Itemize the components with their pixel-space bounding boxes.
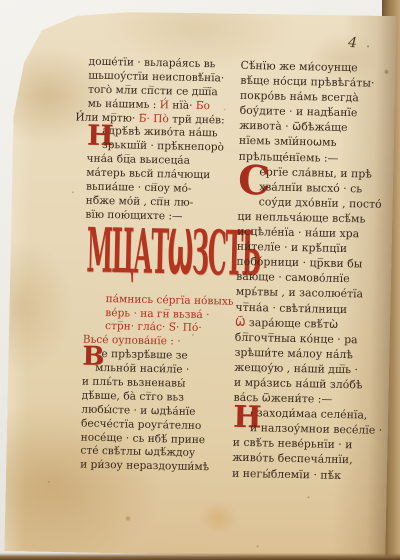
column-right: Сѣ́нїю же ми́соунщевѣ́ще но́сци прѣвѣга́… [232,59,388,485]
black-ink-text: нїа̀· [169,99,196,112]
black-ink-text: побо́рници · цр̅кви бы [236,255,362,271]
black-ink-text: трй дне́в: [172,113,225,126]
black-ink-text: зрѣши́те ма́лоу на́лѣ [234,346,353,361]
black-ink-text: чна́а бц̅а вьисеца́а [86,153,190,167]
black-ink-text: адрѣ́вѣ живо́та на́шь [102,125,218,139]
black-ink-text: соу́ди дхо́внїи , посто́ [259,195,382,211]
photo-background: { "page": { "type": "medieval manuscript… [0,0,400,560]
black-ink-text: зрькшїй · прѣ́кнепоро̀ [102,139,224,154]
black-ink-text: чт̅на́а · свѣти́лници [235,300,347,315]
red-ink-text: Ѿ [235,315,249,328]
black-ink-text: шьшоу́стїи неисповѣ́нїа· [88,69,224,84]
black-ink-text: жещоу́ю , на́шй дш̅ь · [234,361,358,377]
black-ink-text: мь на́шимь : [88,97,160,111]
black-ink-text: живота̀ · ѿбѣжа́ще [239,119,347,134]
text-line: и негы́блемїи · пѣ́к [232,466,379,484]
black-ink-text: боу́дите · и надѣ́анїе [239,104,357,119]
ink-specks [16,8,18,10]
black-ink-text: дѣ́вше, ба̀ ст̅го вьз [82,389,185,403]
black-ink-text: любы́сте · и ѡдѣа́нїе [81,403,195,417]
black-ink-text: ва́юще · самово́лнїе [236,270,350,285]
black-ink-text: хва́лнїи высхо́ · сь [259,180,362,195]
black-ink-text: ни́телїе · и крѣ́пцїи [237,240,348,255]
black-ink-text: вѣ́ще но́сци прѣвѣга́ты· [240,74,374,90]
black-ink-text: езаходи́маа селе́нїа, [250,406,367,421]
black-ink-text: Сѣ́нїю же ми́соунще [240,59,357,74]
vyaz-heading-text: МЦАТѠЗСТЬ [86,215,261,291]
black-ink-text: и свѣ́ть неве́рьнїи · и [233,436,353,452]
red-ink-text: па́мнись се́ргїа но́выхь [106,293,234,308]
black-ink-text: бесче́стїа роуга́телно [81,417,202,432]
black-ink-text: и налзоу́мнои весе́лїе · [250,421,382,437]
black-ink-text: исцѣле́нїа · на́ши хра [237,225,359,241]
red-ink-text: стр̅н· гла́с· Ѕ̅· По́· [105,320,202,334]
black-ink-text: мльно́й наси́лїе · [95,362,189,376]
black-ink-text: вьпиа́ше · сн̅оу мо́- [86,181,192,195]
black-ink-text: того̀ мл̅и сп̅сти се дш̅їа [88,83,218,98]
black-ink-text: е́ргїе сла́вны, и прѣ [259,165,372,180]
vyaz-heading: МЦАТѠЗСТЬ [84,222,232,295]
black-ink-text: и ри́зоу нераздоуши́мѣ [80,459,209,474]
black-ink-text: бл̅гочт̅ныа ко́нце · ра [235,330,358,346]
red-ink-text: Б̅о [196,100,210,112]
black-ink-text: ма́терь вьсй пла́чющи [86,167,210,182]
black-ink-text: зара́юще свѣ́тѡ̀ [249,316,339,331]
black-ink-text: се прѣзрѣ́вше зе [95,348,187,362]
text-line: и ри́зоу нераздоуши́мѣ [80,459,227,476]
black-ink-text: покро́вь на́мь всегда̀ [240,89,359,104]
black-ink-text: и мра́зись на́шй зло́бѣ [234,376,363,392]
black-ink-text: носе́ще · сь нбѣ́ прине [81,431,206,446]
black-ink-text: доше́тїи · вьлара́ясь вь [88,56,215,71]
red-ink-text: Б̅· По̀ [139,112,173,125]
black-ink-text: нїемь змїи́ноѡмь [239,134,337,149]
black-ink-text: нб̅же мо́й , сп̅н лю- [86,194,194,208]
red-ink-text: ве́рь · на гн̅ вьзва́ · [105,307,209,321]
black-ink-text: мрь́твы , и засолюе́тїа [236,285,363,301]
bottom-edge-shadow [0,553,400,560]
black-ink-text: и пль́ть вьзненавы́ [82,376,186,390]
folio-number: 4 [348,35,358,51]
black-ink-text: живо́ть беспеча́лнїи, [232,451,353,467]
black-ink-text: и негы́блемїи · пѣ́к [232,466,341,481]
black-ink-text: сте́ свѣ́тлы ѡдѣ́ждоу [80,445,195,459]
manuscript-page: 4 доше́тїи · вьлара́ясь вьшьшоу́стїи неи… [4,8,396,559]
black-ink-text: ци непльча́юще всѣ́мь [237,210,365,226]
column-left: доше́тїи · вьлара́ясь вьшьшоу́стїи неисп… [80,56,236,476]
